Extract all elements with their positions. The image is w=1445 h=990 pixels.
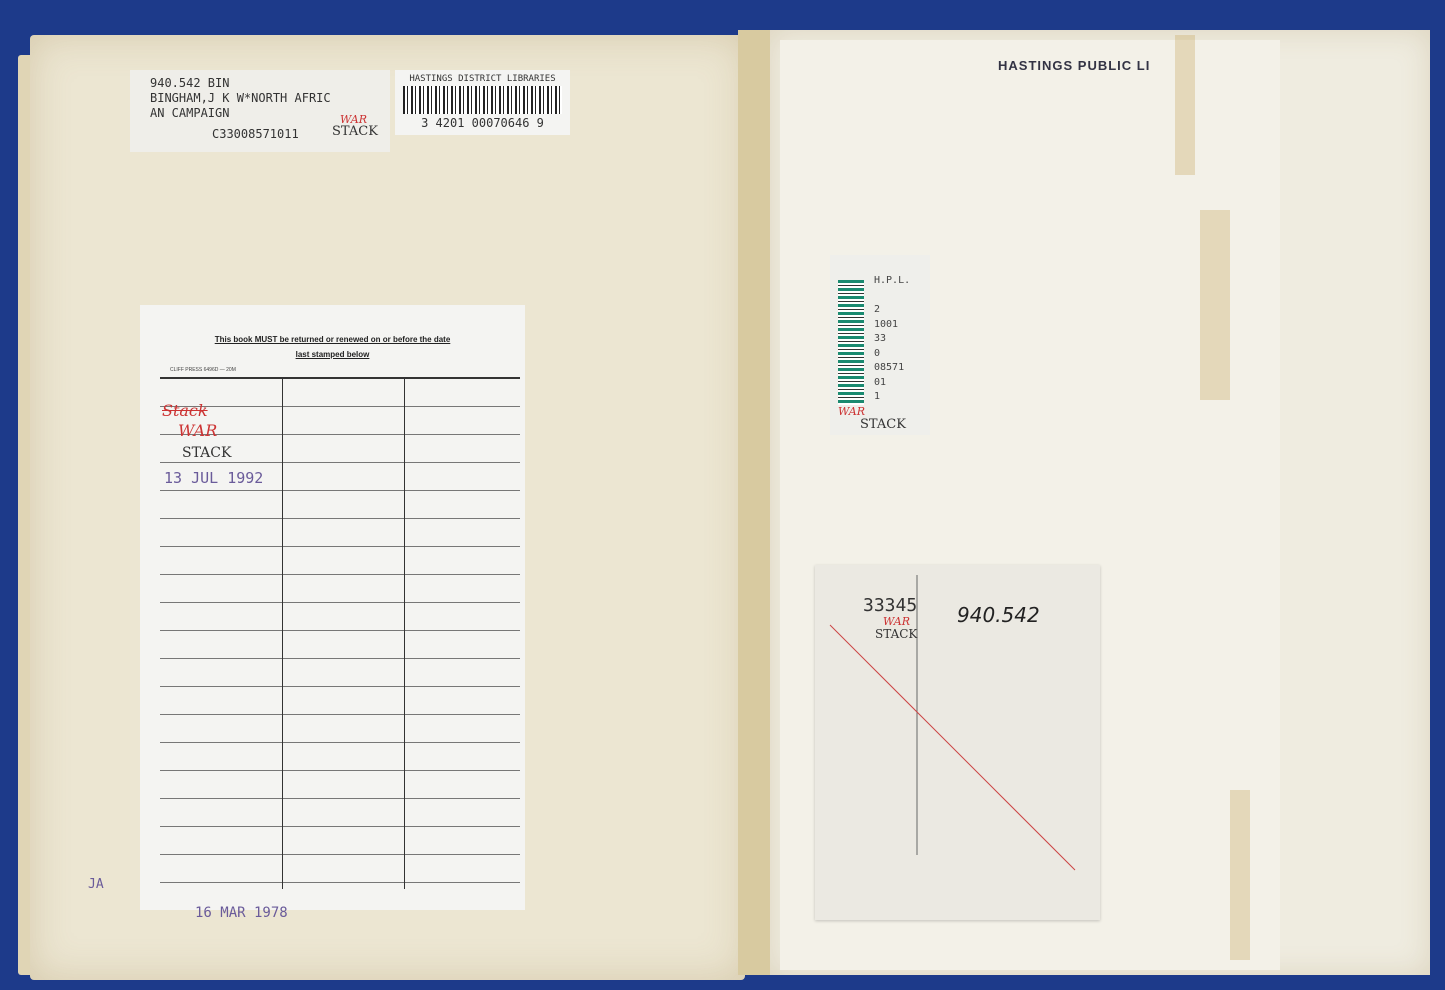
barcode-number: 3 4201 00070646 9 — [395, 116, 570, 130]
call-line: 940.542 BIN — [150, 76, 390, 91]
printer-mark: CLIFF PRESS 6496D — 20M — [170, 367, 236, 373]
accession-number: 33345 — [863, 595, 917, 616]
partial-date-stamp: JA — [88, 877, 104, 892]
tape-stain — [1230, 790, 1250, 960]
barcode-label: HASTINGS DISTRICT LIBRARIES 3 4201 00070… — [395, 70, 570, 135]
hpl-title: H.P.L. — [874, 275, 910, 286]
stack-stamp: STACK — [860, 417, 906, 432]
library-header-stamp: HASTINGS PUBLIC LI — [998, 58, 1150, 73]
tape-stain — [1200, 210, 1230, 400]
card-pocket: 33345 WAR STACK 940.542 — [815, 565, 1100, 920]
handwritten-war: WAR — [178, 421, 217, 440]
handwritten-call-number: 940.542 — [957, 603, 1040, 627]
barcode-icon — [838, 280, 864, 405]
stack-stamp: STACK — [875, 627, 917, 641]
due-notice: This book MUST be returned or renewed on… — [140, 335, 525, 344]
call-line: BINGHAM,J K W*NORTH AFRIC — [150, 91, 390, 106]
tape-stain — [1175, 35, 1195, 175]
page-date-stamp: 16 MAR 1978 — [195, 905, 288, 921]
stack-stamp: STACK — [332, 124, 378, 139]
due-notice: last stamped below — [140, 350, 525, 359]
hpl-barcode-card: H.P.L. 21001 330 0857101 1 WAR STACK — [830, 255, 930, 435]
call-number-label: 940.542 BIN BINGHAM,J K W*NORTH AFRIC AN… — [130, 70, 390, 152]
date-due-slip: This book MUST be returned or renewed on… — [140, 305, 525, 910]
due-date-stamp: 13 JUL 1992 — [164, 469, 263, 487]
stack-stamp: STACK — [182, 445, 231, 461]
barcode-icon — [403, 86, 562, 114]
library-name: HASTINGS DISTRICT LIBRARIES — [395, 70, 570, 84]
hpl-numbers: 21001 330 0857101 1 — [874, 303, 904, 405]
crossed-stack: Stack — [162, 401, 208, 420]
